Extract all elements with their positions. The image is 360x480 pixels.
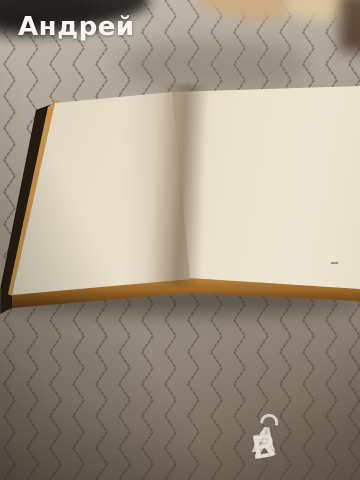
left-page-text-lines [27,100,178,281]
listing-photo: Андрей BAZAR [0,0,360,480]
bazar-watermark: BAZAR [251,421,360,473]
seller-name-label: Андрей [18,12,135,42]
dark-corner-top-right [340,0,360,52]
fabric-shadow-above-book [118,38,308,90]
page-number-mark [331,262,338,264]
right-page-text-lines [184,93,344,265]
